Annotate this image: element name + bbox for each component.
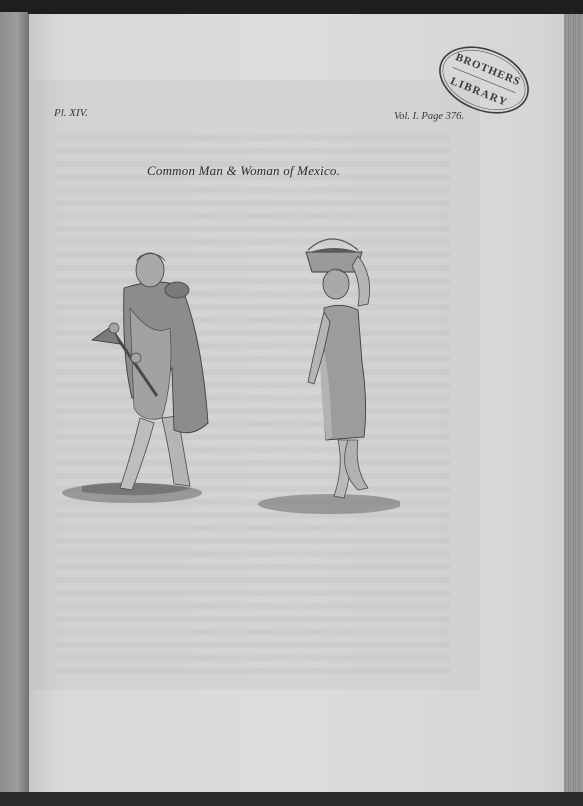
- scan-bottom-border: [0, 792, 583, 806]
- woman-illustration: [250, 232, 400, 522]
- library-stamp: BROTHERS LIBRARY: [436, 42, 532, 118]
- facing-page-edge: [0, 12, 28, 794]
- plate-caption: Common Man & Woman of Mexico.: [147, 163, 340, 179]
- plate-number: Pl. XIV.: [54, 107, 88, 119]
- man-illustration: [62, 248, 212, 516]
- page-stack-edges: [564, 14, 583, 794]
